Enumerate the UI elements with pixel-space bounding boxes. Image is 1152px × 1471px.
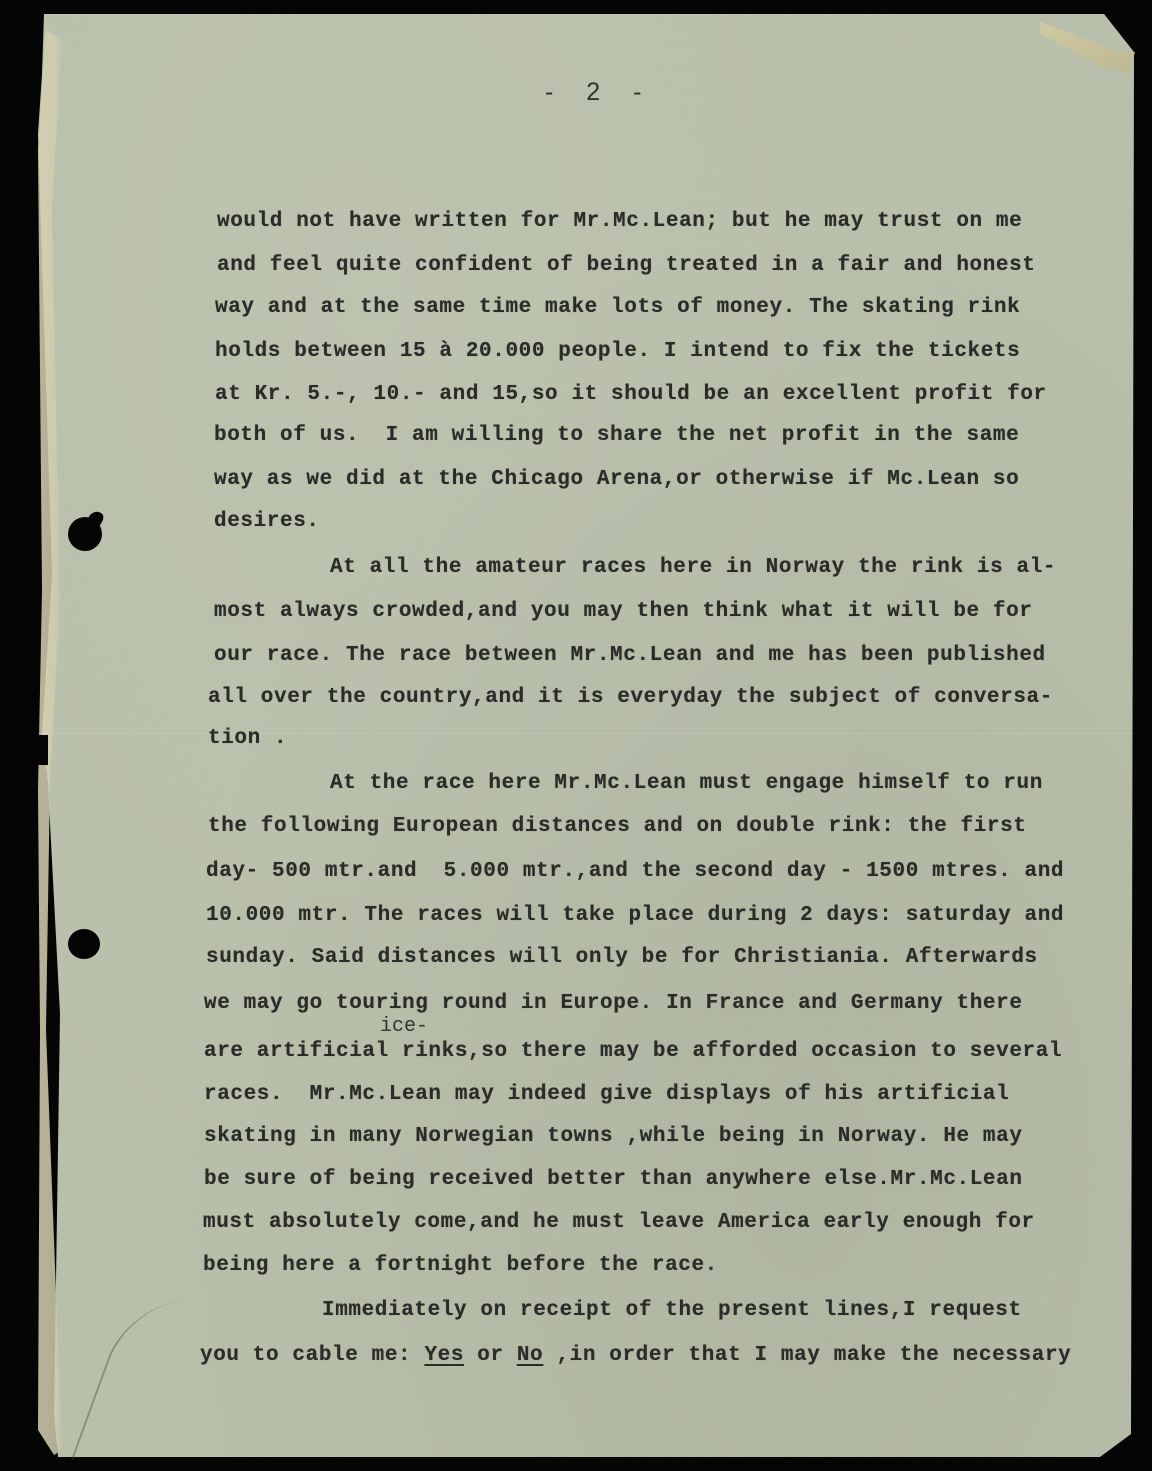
text-line: all over the country,and it is everyday … bbox=[208, 686, 1053, 709]
text-line: tion . bbox=[208, 727, 287, 750]
text-line: day- 500 mtr.and 5.000 mtr.,and the seco… bbox=[206, 860, 1064, 883]
text-line: races. Mr.Mc.Lean may indeed give displa… bbox=[204, 1083, 1009, 1106]
text-line: at Kr. 5.-, 10.- and 15,so it should be … bbox=[215, 383, 1047, 406]
text-line-cable-request: you to cable me: Yes or No ,in order tha… bbox=[200, 1344, 1071, 1367]
page-number: - 2 - bbox=[545, 78, 651, 107]
text-line: most always crowded,and you may then thi… bbox=[214, 600, 1033, 623]
text-line: At all the amateur races here in Norway … bbox=[330, 556, 1056, 579]
text-line: desires. bbox=[214, 510, 320, 533]
text-line: being here a fortnight before the race. bbox=[203, 1254, 718, 1277]
text-line: way and at the same time make lots of mo… bbox=[215, 296, 1020, 319]
punch-hole-icon bbox=[68, 929, 100, 959]
text-line: we may go touring round in Europe. In Fr… bbox=[204, 992, 1023, 1015]
text-segment: you to cable me: bbox=[200, 1344, 424, 1367]
text-segment: ,in order that I may make the necessary bbox=[543, 1344, 1071, 1367]
text-segment: or bbox=[464, 1344, 517, 1367]
text-line: would not have written for Mr.Mc.Lean; b… bbox=[217, 210, 1022, 233]
underlined-yes: Yes bbox=[424, 1344, 464, 1367]
text-line: must absolutely come,and he must leave A… bbox=[203, 1211, 1035, 1234]
text-line: At the race here Mr.Mc.Lean must engage … bbox=[330, 772, 1043, 795]
text-line: skating in many Norwegian towns ,while b… bbox=[204, 1125, 1023, 1148]
text-line: holds between 15 à 20.000 people. I inte… bbox=[215, 340, 1020, 363]
punch-hole-icon bbox=[68, 517, 102, 551]
paper-tear bbox=[32, 735, 48, 765]
underlined-no: No bbox=[517, 1344, 543, 1367]
text-line: sunday. Said distances will only be for … bbox=[206, 946, 1038, 969]
text-line: Immediately on receipt of the present li… bbox=[322, 1299, 1022, 1322]
text-line: are artificial rinks,so there may be aff… bbox=[204, 1040, 1062, 1063]
text-line: the following European distances and on … bbox=[208, 815, 1027, 838]
text-line: be sure of being received better than an… bbox=[204, 1168, 1023, 1191]
text-line: our race. The race between Mr.Mc.Lean an… bbox=[214, 644, 1046, 667]
text-line: way as we did at the Chicago Arena,or ot… bbox=[214, 468, 1019, 491]
interlinear-insertion: ice- bbox=[380, 1015, 428, 1038]
text-line: and feel quite confident of being treate… bbox=[217, 254, 1036, 277]
paper-fold-line bbox=[38, 733, 1134, 734]
text-line: both of us. I am willing to share the ne… bbox=[214, 424, 1019, 447]
text-line: 10.000 mtr. The races will take place du… bbox=[206, 904, 1064, 927]
